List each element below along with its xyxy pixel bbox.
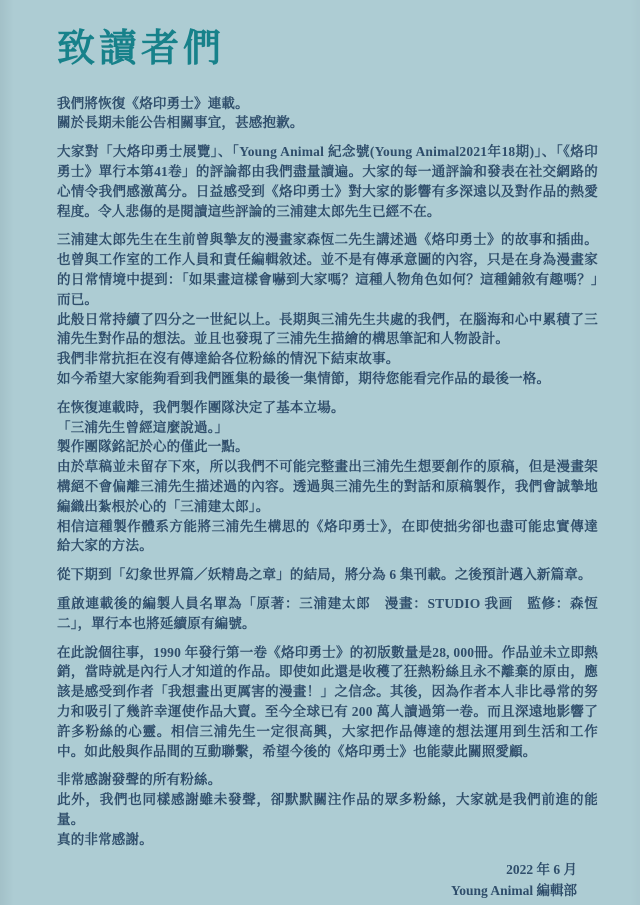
paragraph-next-chapters: 從下期到「幻象世界篇／妖精島之章」的結局，將分為 6 集刊載。之後預計邁入新篇章… <box>57 565 598 585</box>
text-line: 重啟連載後的編製人員名單為「原著：三浦建太郎 漫畫：STUDIO 我画 監修：森… <box>57 594 598 634</box>
paragraph-fan-comments: 大家對「大烙印勇士展覽」、「Young Animal 紀念號(Young Ani… <box>57 142 598 221</box>
text-line: 在此說個往事，1990 年發行第一卷《烙印勇士》的初版數量是28, 000冊。作… <box>57 643 598 762</box>
text-line: 此般日常持續了四分之一世紀以上。長期與三浦先生共處的我們，在腦海和心中累積了三浦… <box>57 310 598 350</box>
text-line: 製作團隊銘記於心的僅此一點。 <box>57 437 598 457</box>
text-line: 「三浦先生曾經這麼說過。」 <box>57 418 598 438</box>
text-line: 從下期到「幻象世界篇／妖精島之章」的結局，將分為 6 集刊載。之後預計邁入新篇章… <box>57 565 598 585</box>
text-line: 我們將恢復《烙印勇士》連載。 <box>57 94 598 114</box>
paragraph-thanks: 非常感謝發聲的所有粉絲。 此外，我們也同樣感謝雖未發聲，卻默默關注作品的眾多粉絲… <box>57 770 598 849</box>
signature-department: Young Animal 編輯部 <box>57 880 577 901</box>
signature-date: 2022 年 6 月 <box>57 859 577 880</box>
letter-page: 致讀者們 我們將恢復《烙印勇士》連載。 關於長期未能公告相關事宜，甚感抱歉。 大… <box>0 0 640 905</box>
page-title: 致讀者們 <box>57 28 598 72</box>
paragraph-production-stance: 在恢復連載時，我們製作團隊決定了基本立場。 「三浦先生曾經這麼說過。」 製作團隊… <box>57 398 598 556</box>
text-line: 關於長期未能公告相關事宜，甚感抱歉。 <box>57 113 598 133</box>
signature-block: 2022 年 6 月 Young Animal 編輯部 <box>57 859 598 901</box>
text-line: 在恢復連載時，我們製作團隊決定了基本立場。 <box>57 398 598 418</box>
paragraph-resume-announcement: 我們將恢復《烙印勇士》連載。 關於長期未能公告相關事宜，甚感抱歉。 <box>57 94 598 134</box>
paragraph-credits: 重啟連載後的編製人員名單為「原著：三浦建太郎 漫畫：STUDIO 我画 監修：森… <box>57 594 598 634</box>
paragraph-miura-stories: 三浦建太郎先生在生前曾與摯友的漫畫家森恆二先生講述過《烙印勇士》的故事和插曲。也… <box>57 230 598 388</box>
text-line: 非常感謝發聲的所有粉絲。 <box>57 770 598 790</box>
text-line: 大家對「大烙印勇士展覽」、「Young Animal 紀念號(Young Ani… <box>57 142 598 221</box>
letter-body: 我們將恢復《烙印勇士》連載。 關於長期未能公告相關事宜，甚感抱歉。 大家對「大烙… <box>57 94 598 850</box>
text-line: 真的非常感謝。 <box>57 830 598 850</box>
text-line: 三浦建太郎先生在生前曾與摯友的漫畫家森恆二先生講述過《烙印勇士》的故事和插曲。也… <box>57 230 598 309</box>
text-line: 相信這種製作體系方能將三浦先生構思的《烙印勇士》，在即使拙劣卻也盡可能忠實傳達給… <box>57 517 598 557</box>
paragraph-history: 在此說個往事，1990 年發行第一卷《烙印勇士》的初版數量是28, 000冊。作… <box>57 643 598 762</box>
text-line: 如今希望大家能夠看到我們匯集的最後一集情節，期待您能看完作品的最後一格。 <box>57 369 598 389</box>
text-line: 此外，我們也同樣感謝雖未發聲，卻默默關注作品的眾多粉絲，大家就是我們前進的能量。 <box>57 790 598 830</box>
text-line: 由於草稿並未留存下來，所以我們不可能完整畫出三浦先生想要創作的原稿，但是漫畫架構… <box>57 457 598 516</box>
text-line: 我們非常抗拒在沒有傳達給各位粉絲的情況下結束故事。 <box>57 349 598 369</box>
